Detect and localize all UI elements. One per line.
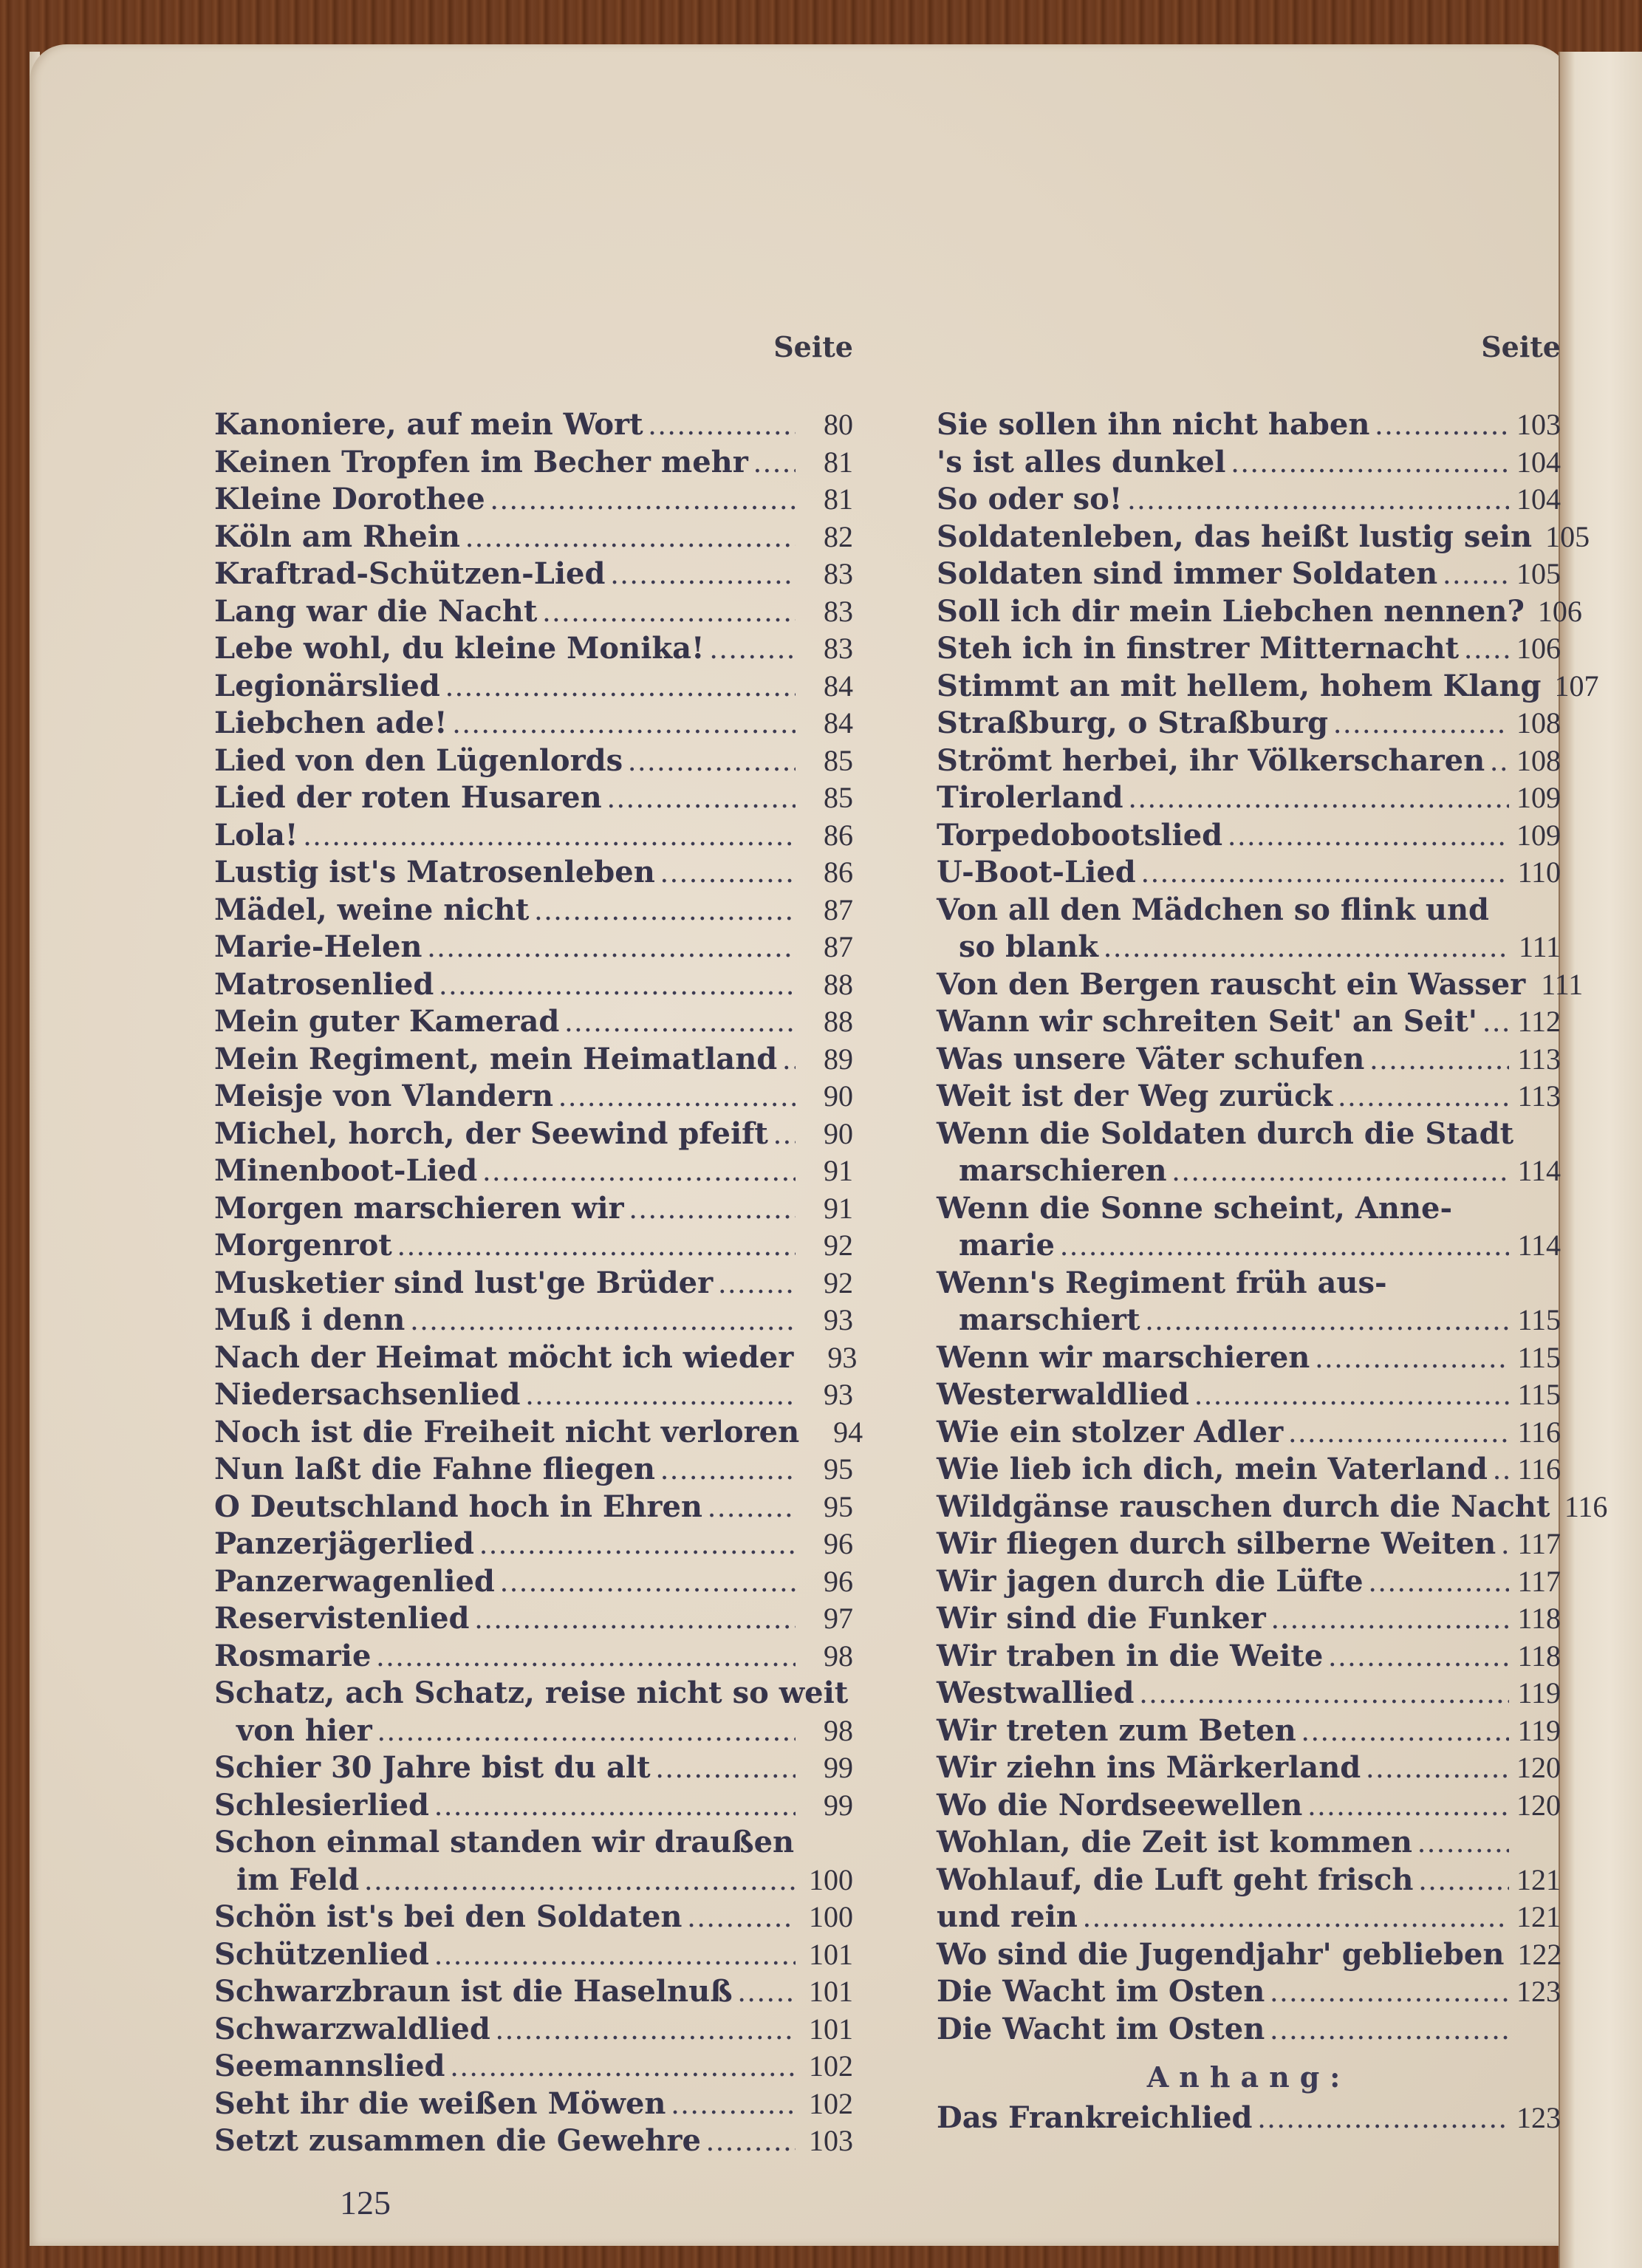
- entry-page-number: 106: [1536, 593, 1582, 631]
- entry-page-number: 111: [1515, 929, 1561, 966]
- dot-leader: [1270, 2015, 1509, 2052]
- entry-page-number: 116: [1515, 1451, 1561, 1489]
- entry-page-number: 123: [1515, 1973, 1561, 2011]
- entry-page-number: 88: [801, 966, 853, 1004]
- dot-leader: [304, 821, 796, 858]
- appendix-entry-list: Das Frankreichlied123: [937, 2100, 1561, 2137]
- entry-title: Seht ihr die weißen Möwen: [214, 2086, 666, 2123]
- entry-page-number: 96: [801, 1526, 853, 1563]
- dot-leader: [466, 522, 796, 560]
- dot-leader: [1316, 1343, 1509, 1381]
- entry-title: Legionärslied: [214, 668, 440, 706]
- toc-entry: Minenboot-Lied91: [214, 1152, 853, 1190]
- toc-entry: Westwallied119: [937, 1675, 1561, 1712]
- dot-leader: [365, 1865, 796, 1903]
- dot-leader: [719, 1268, 796, 1306]
- entry-title: Wir traben in die Weite: [937, 1638, 1323, 1676]
- toc-entry: Soll ich dir mein Liebchen nennen?106: [937, 593, 1561, 631]
- toc-entry: Mein guter Kamerad88: [214, 1003, 853, 1041]
- dot-leader: [1146, 1305, 1509, 1343]
- page-column-header: Seite: [214, 325, 853, 406]
- entry-page-number: 88: [801, 1003, 853, 1041]
- toc-entry: Morgen marschieren wir91: [214, 1190, 853, 1228]
- entry-title: U-Boot-Lied: [937, 854, 1136, 892]
- entry-title: Minenboot-Lied: [214, 1152, 477, 1190]
- entry-title: Von den Bergen rauscht ein Wasser: [937, 966, 1525, 1004]
- entry-title: Mein Regiment, mein Heimatland: [214, 1041, 777, 1079]
- dot-leader: [1491, 746, 1509, 784]
- dot-leader: [1270, 1977, 1509, 2015]
- entry-page-number: 85: [801, 742, 853, 780]
- entry-title: Setzt zusammen die Gewehre: [214, 2122, 701, 2160]
- toc-entry: Wo sind die Jugendjahr' geblieben122: [937, 1936, 1561, 1974]
- toc-entry: marie114: [937, 1227, 1561, 1265]
- dot-leader: [377, 1642, 796, 1679]
- dot-leader: [671, 2089, 796, 2127]
- entry-title: Schützenlied: [214, 1936, 429, 1974]
- entry-page-number: 93: [801, 1376, 853, 1414]
- entry-page-number: 94: [811, 1414, 863, 1452]
- toc-entry: Legionärslied84: [214, 668, 853, 706]
- entry-page-number: 106: [1515, 630, 1561, 668]
- entry-title: Mädel, weine nicht: [214, 892, 529, 929]
- toc-entry: Wenn's Regiment früh aus-: [937, 1265, 1561, 1302]
- dot-leader: [454, 708, 796, 746]
- toc-entry: Wie lieb ich dich, mein Vaterland116: [937, 1451, 1561, 1489]
- toc-entry: Wir treten zum Beten119: [937, 1712, 1561, 1750]
- entry-page-number: 107: [1553, 668, 1598, 706]
- entry-page-number: 100: [801, 1862, 853, 1899]
- entry-page-number: 123: [1515, 2100, 1561, 2137]
- entry-page-number: 104: [1515, 481, 1561, 519]
- entry-page-number: 80: [801, 406, 853, 444]
- entry-title: Die Wacht im Osten: [937, 1973, 1265, 2011]
- toc-entry: Meisje von Vlandern90: [214, 1078, 853, 1116]
- entry-title: Wenn die Sonne scheint, Anne-: [937, 1190, 1452, 1228]
- toc-entry: Muß i denn93: [214, 1302, 853, 1339]
- dot-leader: [439, 970, 796, 1008]
- entry-page-number: 105: [1515, 556, 1561, 593]
- entry-title: Das Frankreichlied: [937, 2100, 1253, 2137]
- toc-entry: Schlesierlied99: [214, 1787, 853, 1825]
- toc-entry: Wie ein stolzer Adler116: [937, 1414, 1561, 1452]
- dot-leader: [1129, 783, 1509, 821]
- entry-title: Muß i denn: [214, 1302, 405, 1339]
- dot-leader: [496, 2015, 796, 2052]
- toc-entry: Niedersachsenlied93: [214, 1376, 853, 1414]
- entry-page-number: 86: [801, 817, 853, 855]
- toc-entry: Wir fliegen durch silberne Weiten117: [937, 1526, 1561, 1563]
- entry-title: Nun laßt die Fahne fliegen: [214, 1451, 655, 1489]
- toc-left-column: Seite Kanoniere, auf mein Wort80Keinen T…: [214, 325, 853, 2160]
- entry-title: Soldaten sind immer Soldaten: [937, 556, 1437, 593]
- toc-entry: Sie sollen ihn nicht haben103: [937, 406, 1561, 444]
- toc-entry: Wir ziehn ins Märkerland120: [937, 1749, 1561, 1787]
- entry-page-number: 109: [1515, 779, 1561, 817]
- toc-entry: Lola!86: [214, 817, 853, 855]
- toc-entry: Weit ist der Weg zurück113: [937, 1078, 1561, 1116]
- entry-page-number: 82: [801, 519, 853, 556]
- dot-leader: [611, 559, 796, 597]
- dot-leader: [398, 1231, 796, 1268]
- dot-leader: [1308, 1791, 1509, 1828]
- entry-title: Wenn's Regiment früh aus-: [937, 1265, 1387, 1302]
- entry-page-number: 81: [801, 444, 853, 482]
- toc-entry: und rein121: [937, 1899, 1561, 1936]
- toc-entry-list: Kanoniere, auf mein Wort80Keinen Tropfen…: [214, 406, 853, 2160]
- dot-leader: [565, 1007, 796, 1045]
- entry-title: Schon einmal standen wir draußen: [214, 1824, 794, 1862]
- dot-leader: [711, 634, 796, 672]
- entry-page-number: 104: [1515, 444, 1561, 482]
- entry-title: Reservistenlied: [214, 1600, 470, 1638]
- entry-title: Panzerwagenlied: [214, 1563, 495, 1601]
- dot-leader: [657, 1753, 796, 1791]
- entry-title: Wenn wir marschieren: [937, 1339, 1310, 1377]
- toc-entry: Musketier sind lust'ge Brüder92: [214, 1265, 853, 1302]
- entry-page-number: 109: [1515, 817, 1561, 855]
- entry-page-number: 105: [1544, 519, 1590, 556]
- dot-leader: [1272, 1604, 1509, 1642]
- toc-entry: Köln am Rhein82: [214, 519, 853, 556]
- entry-title: Wir treten zum Beten: [937, 1712, 1296, 1750]
- toc-entry: Wir sind die Funker118: [937, 1600, 1561, 1638]
- toc-entry: Wir jagen durch die Lüfte117: [937, 1563, 1561, 1601]
- entry-title: Rosmarie: [214, 1638, 371, 1676]
- entry-title: Wo die Nordseewellen: [937, 1787, 1302, 1825]
- dot-leader: [1420, 1865, 1510, 1903]
- entry-title: Wir sind die Funker: [937, 1600, 1266, 1638]
- toc-entry: Wann wir schreiten Seit' an Seit'112: [937, 1003, 1561, 1041]
- toc-entry: Soldatenleben, das heißt lustig sein105: [937, 519, 1561, 556]
- toc-entry: Straßburg, o Straßburg108: [937, 705, 1561, 742]
- entry-title: Wann wir schreiten Seit' an Seit': [937, 1003, 1477, 1041]
- toc-entry: Wenn wir marschieren115: [937, 1339, 1561, 1377]
- entry-page-number: 81: [801, 481, 853, 519]
- toc-entry: Lebe wohl, du kleine Monika!83: [214, 630, 853, 668]
- dot-leader: [1084, 1902, 1509, 1940]
- book-spine-next-page: [1559, 52, 1642, 2268]
- entry-title: Von all den Mädchen so flink und: [937, 892, 1489, 929]
- toc-entry: Stimmt an mit hellem, hohem Klang107: [937, 668, 1561, 706]
- toc-entry: Mein Regiment, mein Heimatland89: [214, 1041, 853, 1079]
- dot-leader: [1375, 410, 1509, 448]
- toc-entry: Von den Bergen rauscht ein Wasser111: [937, 966, 1561, 1004]
- entry-title: Mein guter Kamerad: [214, 1003, 559, 1041]
- toc-entry: Lang war die Nacht83: [214, 593, 853, 631]
- dot-leader: [630, 1194, 796, 1232]
- toc-entry: Nach der Heimat möcht ich wieder93: [214, 1339, 853, 1377]
- entry-title: Seemannslied: [214, 2048, 445, 2086]
- toc-entry: Wenn die Soldaten durch die Stadt: [937, 1116, 1561, 1153]
- entry-title: Tirolerland: [937, 779, 1123, 817]
- toc-entry: Lied von den Lügenlords85: [214, 742, 853, 780]
- entry-page-number: 116: [1515, 1414, 1561, 1452]
- entry-page-number: 103: [1515, 406, 1561, 444]
- entry-title: so blank: [959, 929, 1098, 966]
- entry-page-number: 118: [1515, 1638, 1561, 1676]
- entry-page-number: 93: [805, 1339, 857, 1377]
- entry-title: Wohlan, die Zeit ist kommen: [937, 1824, 1412, 1862]
- entry-page-number: 113: [1515, 1041, 1561, 1079]
- dot-leader: [1142, 858, 1509, 895]
- dot-leader: [783, 1045, 796, 1082]
- toc-entry: Kanoniere, auf mein Wort80: [214, 406, 853, 444]
- toc-entry: Nun laßt die Fahne fliegen95: [214, 1451, 853, 1489]
- entry-title: Panzerjägerlied: [214, 1526, 474, 1563]
- toc-entry: Morgenrot92: [214, 1227, 853, 1265]
- entry-title: Wildgänse rauschen durch die Nacht: [937, 1489, 1550, 1526]
- entry-title: Wie lieb ich dich, mein Vaterland: [937, 1451, 1488, 1489]
- toc-right-column: Seite Sie sollen ihn nicht haben103's is…: [937, 325, 1561, 2137]
- entry-page-number: 120: [1515, 1787, 1561, 1825]
- toc-entry: O Deutschland hoch in Ehren95: [214, 1489, 853, 1526]
- dot-leader: [1443, 559, 1509, 597]
- toc-entry: Matrosenlied88: [214, 966, 853, 1004]
- entry-page-number: 84: [801, 705, 853, 742]
- entry-page-number: 97: [801, 1600, 853, 1638]
- toc-entry: Panzerjägerlied96: [214, 1526, 853, 1563]
- dot-leader: [526, 1380, 796, 1418]
- entry-title: Wie ein stolzer Adler: [937, 1414, 1283, 1452]
- entry-page-number: 121: [1515, 1862, 1561, 1899]
- entry-page-number: 115: [1515, 1339, 1561, 1377]
- entry-page-number: 115: [1515, 1376, 1561, 1414]
- entry-title: Schwarzbraun ist die Haselnuß: [214, 1973, 733, 2011]
- entry-title: Westerwaldlied: [937, 1376, 1189, 1414]
- toc-entry: Setzt zusammen die Gewehre103: [214, 2122, 853, 2160]
- toc-entry: Torpedobootslied109: [937, 817, 1561, 855]
- entry-page-number: 117: [1515, 1563, 1561, 1601]
- entry-page-number: 102: [801, 2048, 853, 2086]
- dot-leader: [1259, 2103, 1510, 2141]
- toc-entry: Wildgänse rauschen durch die Nacht116: [937, 1489, 1561, 1526]
- toc-entry: Was unsere Väter schufen113: [937, 1041, 1561, 1079]
- toc-entry: im Feld100: [214, 1862, 853, 1899]
- entry-title: Was unsere Väter schufen: [937, 1041, 1364, 1079]
- entry-title: marschieren: [959, 1152, 1167, 1190]
- toc-entry: marschieren114: [937, 1152, 1561, 1190]
- dot-leader: [1465, 634, 1509, 672]
- entry-title: Meisje von Vlandern: [214, 1078, 553, 1116]
- toc-entry: Wir traben in die Weite118: [937, 1638, 1561, 1676]
- entry-page-number: 119: [1515, 1712, 1561, 1750]
- entry-title: Lebe wohl, du kleine Monika!: [214, 630, 705, 668]
- dot-leader: [1173, 1156, 1509, 1194]
- dot-leader: [1370, 1045, 1509, 1082]
- dot-leader: [739, 1977, 796, 2015]
- entry-page-number: 83: [801, 630, 853, 668]
- entry-title: und rein: [937, 1899, 1078, 1936]
- entry-title: Die Wacht im Osten: [937, 2011, 1265, 2049]
- entry-page-number: 101: [801, 1973, 853, 2011]
- dot-leader: [1502, 1529, 1509, 1567]
- toc-entry: Kraftrad-Schützen-Lied83: [214, 556, 853, 593]
- toc-entry: Schatz, ach Schatz, reise nicht so weit: [214, 1675, 853, 1712]
- dot-leader: [435, 1791, 796, 1828]
- entry-title: 's ist alles dunkel: [937, 444, 1226, 482]
- toc-entry: Noch ist die Freiheit nicht verloren94: [214, 1414, 853, 1452]
- dot-leader: [661, 858, 796, 895]
- entry-page-number: 110: [1515, 854, 1561, 892]
- toc-entry: Panzerwagenlied96: [214, 1563, 853, 1601]
- toc-entry: Wohlauf, die Luft geht frisch121: [937, 1862, 1561, 1899]
- dot-leader: [1195, 1380, 1509, 1418]
- entry-title: Lang war die Nacht: [214, 593, 537, 631]
- dot-leader: [608, 783, 796, 821]
- toc-entry: Mädel, weine nicht87: [214, 892, 853, 929]
- entry-page-number: 96: [801, 1563, 853, 1601]
- toc-entry: Steh ich in finstrer Mitternacht106: [937, 630, 1561, 668]
- toc-entry: marschiert115: [937, 1302, 1561, 1339]
- entry-title: Schier 30 Jahre bist du alt: [214, 1749, 651, 1787]
- dot-leader: [378, 1716, 796, 1754]
- toc-entry: U-Boot-Lied110: [937, 854, 1561, 892]
- entry-title: Schön ist's bei den Soldaten: [214, 1899, 683, 1936]
- entry-title: von hier: [236, 1712, 372, 1750]
- entry-page-number: 98: [801, 1712, 853, 1750]
- entry-page-number: 93: [801, 1302, 853, 1339]
- toc-entry: 's ist alles dunkel104: [937, 444, 1561, 482]
- dot-leader: [476, 1604, 796, 1642]
- entry-title: O Deutschland hoch in Ehren: [214, 1489, 702, 1526]
- toc-entry: Keinen Tropfen im Becher mehr81: [214, 444, 853, 482]
- toc-entry: Von all den Mädchen so flink und: [937, 892, 1561, 929]
- dot-leader: [629, 746, 796, 784]
- entry-page-number: 92: [801, 1227, 853, 1265]
- entry-title: Stimmt an mit hellem, hohem Klang: [937, 668, 1541, 706]
- entry-title: Sie sollen ihn nicht haben: [937, 406, 1369, 444]
- dot-leader: [754, 448, 796, 485]
- entry-title: Steh ich in finstrer Mitternacht: [937, 630, 1459, 668]
- toc-entry: Wenn die Sonne scheint, Anne-: [937, 1190, 1561, 1228]
- dot-leader: [688, 1902, 796, 1940]
- entry-title: Kanoniere, auf mein Wort: [214, 406, 643, 444]
- toc-entry: Schwarzbraun ist die Haselnuß101: [214, 1973, 853, 2011]
- entry-title: Matrosenlied: [214, 966, 434, 1004]
- entry-title: Soll ich dir mein Liebchen nennen?: [937, 593, 1525, 631]
- entry-title: Wenn die Soldaten durch die Stadt: [937, 1116, 1513, 1153]
- toc-entry: Schützenlied101: [214, 1936, 853, 1974]
- entry-title: Lied der roten Husaren: [214, 779, 602, 817]
- toc-entry: Michel, horch, der Seewind pfeift90: [214, 1116, 853, 1153]
- entry-page-number: 89: [801, 1041, 853, 1079]
- entry-page-number: 119: [1515, 1675, 1561, 1712]
- entry-title: Wir ziehn ins Märkerland: [937, 1749, 1361, 1787]
- entry-page-number: 108: [1515, 705, 1561, 742]
- toc-entry: Schön ist's bei den Soldaten100: [214, 1899, 853, 1936]
- toc-entry: Strömt herbei, ihr Völkerscharen108: [937, 742, 1561, 780]
- entry-page-number: 100: [801, 1899, 853, 1936]
- entry-page-number: 116: [1561, 1489, 1607, 1526]
- dot-leader: [1329, 1642, 1509, 1679]
- entry-title: marschiert: [959, 1302, 1140, 1339]
- toc-entry: Schwarzwaldlied101: [214, 2011, 853, 2049]
- dot-leader: [1338, 1082, 1509, 1119]
- dot-leader: [411, 1305, 796, 1343]
- toc-entry: Schier 30 Jahre bist du alt99: [214, 1749, 853, 1787]
- dot-leader: [1302, 1716, 1509, 1754]
- toc-entry: Seemannslied102: [214, 2048, 853, 2086]
- toc-entry: Kleine Dorothee81: [214, 481, 853, 519]
- toc-entry: Seht ihr die weißen Möwen102: [214, 2086, 853, 2123]
- entry-page-number: 84: [801, 668, 853, 706]
- entry-title: Michel, horch, der Seewind pfeift: [214, 1116, 768, 1153]
- toc-entry: Liebchen ade!84: [214, 705, 853, 742]
- toc-entry: Die Wacht im Osten: [937, 2011, 1561, 2049]
- dot-leader: [543, 597, 796, 635]
- entry-title: So oder so!: [937, 481, 1122, 519]
- entry-page-number: 122: [1516, 1936, 1561, 1974]
- toc-entry: Westerwaldlied115: [937, 1376, 1561, 1414]
- entry-title: Morgen marschieren wir: [214, 1190, 624, 1228]
- entry-page-number: 114: [1515, 1152, 1561, 1190]
- toc-entry: Schon einmal standen wir draußen: [214, 1824, 853, 1862]
- entry-page-number: 92: [801, 1265, 853, 1302]
- entry-title: Schatz, ach Schatz, reise nicht so weit: [214, 1675, 848, 1712]
- entry-page-number: 101: [801, 1936, 853, 1974]
- entry-title: Wohlauf, die Luft geht frisch: [937, 1862, 1414, 1899]
- entry-page-number: 103: [801, 2122, 853, 2160]
- toc-entry: Wo die Nordseewellen120: [937, 1787, 1561, 1825]
- entry-title: Keinen Tropfen im Becher mehr: [214, 444, 748, 482]
- entry-title: Marie-Helen: [214, 929, 422, 966]
- dot-leader: [1366, 1753, 1509, 1791]
- toc-entry: Rosmarie98: [214, 1638, 853, 1676]
- entry-page-number: 86: [801, 854, 853, 892]
- dot-leader: [535, 895, 796, 933]
- toc-entry: Soldaten sind immer Soldaten105: [937, 556, 1561, 593]
- toc-entry: So oder so!104: [937, 481, 1561, 519]
- toc-entry-list: Sie sollen ihn nicht haben103's ist alle…: [937, 406, 1561, 2048]
- entry-title: Kraftrad-Schützen-Lied: [214, 556, 605, 593]
- entry-title: Torpedobootslied: [937, 817, 1222, 855]
- entry-title: Schwarzwaldlied: [214, 2011, 490, 2049]
- entry-page-number: 101: [801, 2011, 853, 2049]
- toc-entry: Reservistenlied97: [214, 1600, 853, 1638]
- entry-page-number: 113: [1515, 1078, 1561, 1116]
- dot-leader: [559, 1082, 796, 1119]
- entry-title: marie: [959, 1227, 1055, 1265]
- dot-leader: [1494, 1455, 1509, 1492]
- entry-page-number: 112: [1515, 1003, 1561, 1041]
- entry-title: im Feld: [236, 1862, 359, 1899]
- dot-leader: [480, 1529, 796, 1567]
- entry-page-number: 111: [1537, 966, 1583, 1004]
- entry-page-number: 95: [801, 1489, 853, 1526]
- dot-leader: [446, 672, 796, 709]
- entry-title: Lola!: [214, 817, 298, 855]
- page-number: 125: [340, 2183, 391, 2222]
- dot-leader: [435, 1940, 796, 1978]
- toc-entry: so blank111: [937, 929, 1561, 966]
- dot-leader: [707, 2126, 796, 2164]
- dot-leader: [1418, 1828, 1509, 1865]
- entry-page-number: 121: [1515, 1899, 1561, 1936]
- entry-title: Weit ist der Weg zurück: [937, 1078, 1333, 1116]
- dot-leader: [708, 1492, 796, 1530]
- appendix-heading: Anhang:: [937, 2048, 1561, 2100]
- entry-title: Liebchen ade!: [214, 705, 448, 742]
- entry-page-number: 83: [801, 593, 853, 631]
- entry-title: Soldatenleben, das heißt lustig sein: [937, 519, 1532, 556]
- entry-page-number: 98: [801, 1638, 853, 1676]
- entry-title: Nach der Heimat möcht ich wieder: [214, 1339, 793, 1377]
- entry-page-number: 102: [801, 2086, 853, 2123]
- entry-page-number: 114: [1515, 1227, 1561, 1265]
- toc-entry: von hier98: [214, 1712, 853, 1750]
- entry-title: Wir jagen durch die Lüfte: [937, 1563, 1364, 1601]
